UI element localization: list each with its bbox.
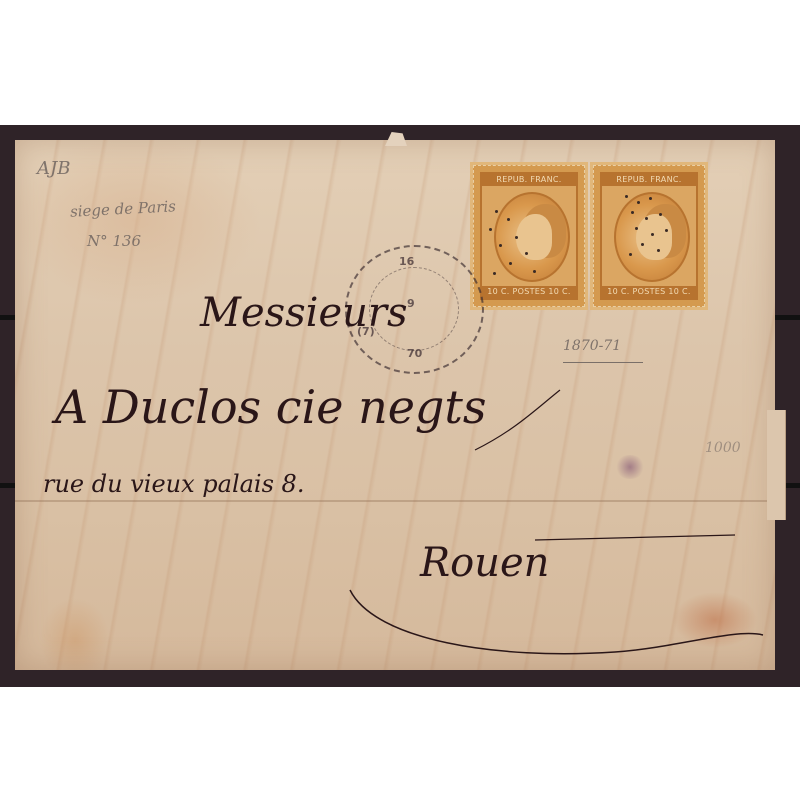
- mount-mark: [0, 315, 15, 320]
- mount-mark: [775, 315, 800, 320]
- letter-cover: AJB siege de Paris N° 136 1870-71 1000 R…: [15, 140, 775, 670]
- pen-flourish: [15, 140, 775, 670]
- mount-mark: [0, 483, 15, 488]
